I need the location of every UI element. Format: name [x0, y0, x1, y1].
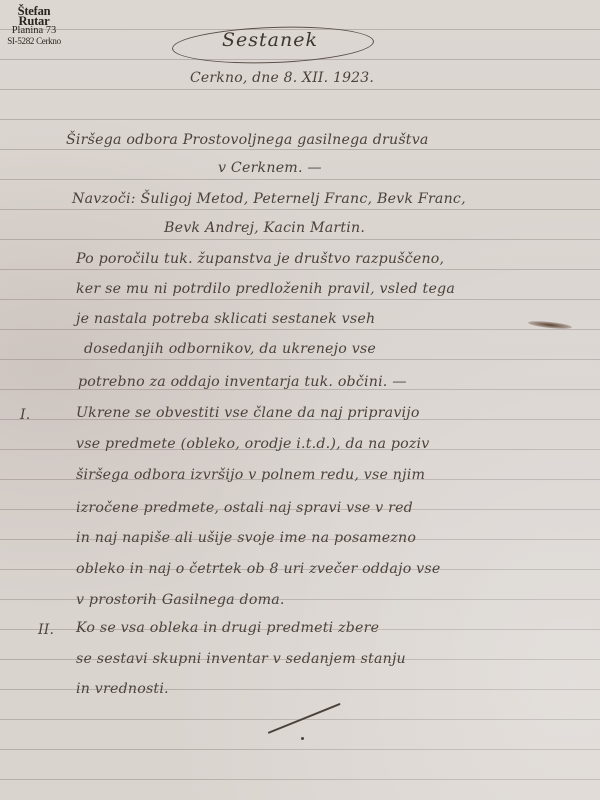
- signature-dot: [301, 737, 304, 740]
- date-line: Cerkno, dne 8. XII. 1923.: [190, 70, 374, 86]
- stamp-city: SI-5282 Cerkno: [4, 36, 64, 46]
- intro-line: potrebno za oddajo inventarja tuk. občin…: [78, 374, 407, 390]
- stamp-street: Planina 73: [4, 26, 64, 36]
- item-line: v prostorih Gasilnega doma.: [76, 592, 285, 608]
- signature-stroke: [268, 703, 341, 734]
- item-line: izročene predmete, ostali naj spravi vse…: [76, 500, 413, 516]
- ink-smudge: [528, 320, 572, 331]
- intro-line: dosedanjih odbornikov, da ukrenejo vse: [84, 341, 376, 357]
- item-number: II.: [38, 622, 54, 638]
- heading-line: v Cerknem. —: [218, 160, 322, 176]
- item-line: Ko se vsa obleka in drugi predmeti zbere: [76, 620, 379, 636]
- document-title: Sestanek: [222, 29, 318, 51]
- owner-stamp: Štefan Rutar Planina 73 SI-5282 Cerkno: [4, 6, 64, 46]
- intro-line: je nastala potreba sklicati sestanek vse…: [76, 311, 375, 327]
- item-number: I.: [20, 407, 30, 423]
- intro-line: ker se mu ni potrdilo predloženih pravil…: [76, 281, 455, 297]
- item-line: in naj napiše ali ušije svoje ime na pos…: [76, 530, 416, 546]
- present-line: Bevk Andrej, Kacin Martin.: [164, 220, 365, 236]
- document-page: Štefan Rutar Planina 73 SI-5282 Cerkno S…: [0, 0, 600, 800]
- stamp-name: Štefan Rutar: [4, 6, 64, 26]
- item-line: obleko in naj o četrtek ob 8 uri zvečer …: [76, 561, 440, 577]
- item-line: širšega odbora izvršijo v polnem redu, v…: [76, 467, 425, 483]
- heading-line: Širšega odbora Prostovoljnega gasilnega …: [66, 132, 429, 148]
- present-line: Navzoči: Šuligoj Metod, Peternelj Franc,…: [72, 191, 466, 207]
- item-line: vse predmete (obleko, orodje i.t.d.), da…: [76, 436, 430, 452]
- item-line: se sestavi skupni inventar v sedanjem st…: [76, 651, 406, 667]
- item-line: in vrednosti.: [76, 681, 169, 697]
- intro-line: Po poročilu tuk. županstva je društvo ra…: [76, 251, 444, 267]
- item-line: Ukrene se obvestiti vse člane da naj pri…: [76, 405, 420, 421]
